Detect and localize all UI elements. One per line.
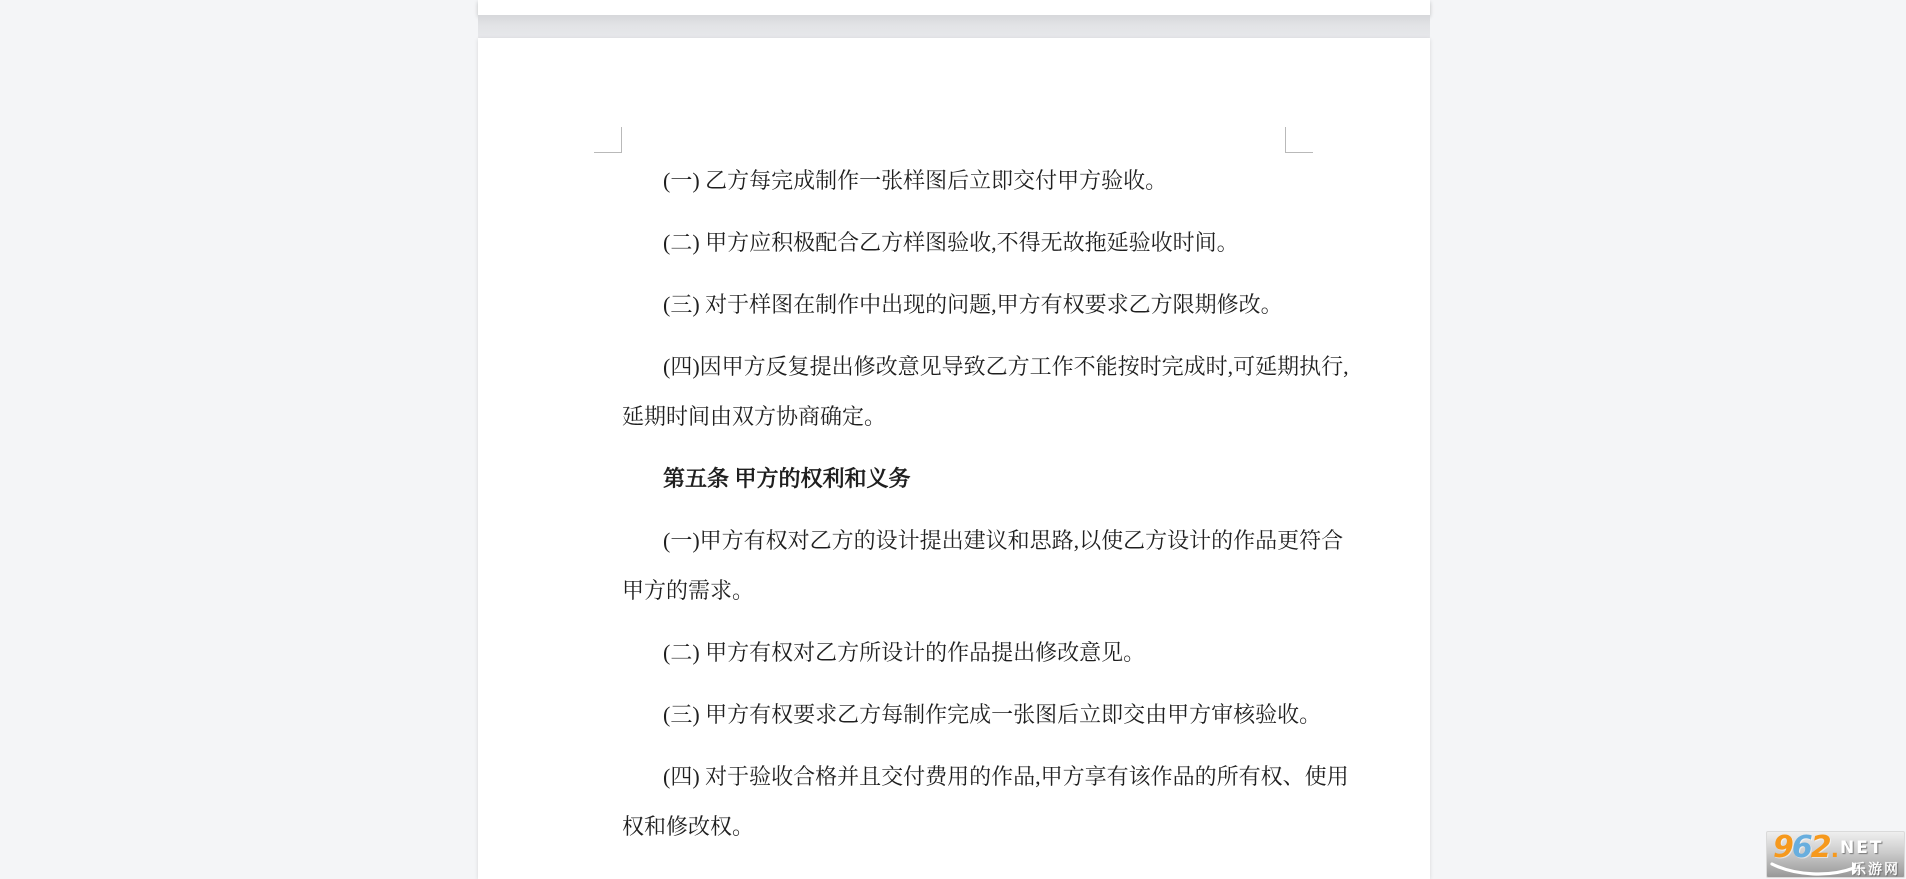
text-line: (一) 乙方每完成制作一张样图后立即交付甲方验收。 xyxy=(622,156,1290,206)
contract-paragraph: (一)甲方有权对乙方的设计提出建议和思路,以使乙方设计的作品更符合甲方的需求。 xyxy=(622,516,1290,616)
text-line: 延期时间由双方协商确定。 xyxy=(622,392,1290,442)
margin-corner-mark-left xyxy=(594,127,622,153)
text-line: 权和修改权。 xyxy=(622,802,1290,852)
text-line: (一)甲方有权对乙方的设计提出建议和思路,以使乙方设计的作品更符合 xyxy=(622,516,1290,566)
contract-paragraph: (一) 乙方每完成制作一张样图后立即交付甲方验收。 xyxy=(622,156,1290,206)
text-line: 第五条 甲方的权利和义务 xyxy=(622,454,1290,504)
text-line: (二) 甲方有权对乙方所设计的作品提出修改意见。 xyxy=(622,628,1290,678)
site-name-cn: 乐游网 xyxy=(1852,859,1900,878)
contract-paragraph: (二) 甲方应积极配合乙方样图验收,不得无故拖延验收时间。 xyxy=(622,218,1290,268)
watermark-net-label: NET xyxy=(1840,838,1883,858)
text-line: (四)因甲方反复提出修改意见导致乙方工作不能按时完成时,可延期执行, xyxy=(622,342,1290,392)
text-line: (四) 对于验收合格并且交付费用的作品,甲方享有该作品的所有权、使用 xyxy=(622,752,1290,802)
text-line: (二) 甲方应积极配合乙方样图验收,不得无故拖延验收时间。 xyxy=(622,218,1290,268)
watermark-digit-2: 2 xyxy=(1811,831,1830,865)
watermark-digit-9: 9 xyxy=(1773,831,1792,865)
page-column: (一) 乙方每完成制作一张样图后立即交付甲方验收。(二) 甲方应积极配合乙方样图… xyxy=(478,0,1430,879)
contract-paragraph: (四) 对于验收合格并且交付费用的作品,甲方享有该作品的所有权、使用权和修改权。 xyxy=(622,752,1290,852)
document-page[interactable]: (一) 乙方每完成制作一张样图后立即交付甲方验收。(二) 甲方应积极配合乙方样图… xyxy=(478,38,1430,879)
text-line: 甲方的需求。 xyxy=(622,566,1290,616)
margin-corner-mark-right xyxy=(1285,127,1313,153)
page-gap xyxy=(478,15,1430,38)
watermark-dot: . xyxy=(1831,838,1839,863)
watermark-digit-6: 6 xyxy=(1792,831,1811,865)
document-viewer: (一) 乙方每完成制作一张样图后立即交付甲方验收。(二) 甲方应积极配合乙方样图… xyxy=(0,0,1906,879)
text-line: (三) 对于样图在制作中出现的问题,甲方有权要求乙方限期修改。 xyxy=(622,280,1290,330)
contract-paragraph: (四)因甲方反复提出修改意见导致乙方工作不能按时完成时,可延期执行,延期时间由双… xyxy=(622,342,1290,442)
contract-paragraph: (二) 甲方有权对乙方所设计的作品提出修改意见。 xyxy=(622,628,1290,678)
previous-page-edge xyxy=(478,0,1430,15)
text-line: (三) 甲方有权要求乙方每制作完成一张图后立即交由甲方审核验收。 xyxy=(622,690,1290,740)
site-watermark-logo: 962.NET 乐游网 xyxy=(1766,831,1905,878)
contract-paragraph: (三) 甲方有权要求乙方每制作完成一张图后立即交由甲方审核验收。 xyxy=(622,690,1290,740)
document-text: (一) 乙方每完成制作一张样图后立即交付甲方验收。(二) 甲方应积极配合乙方样图… xyxy=(622,156,1290,864)
contract-paragraph: (三) 对于样图在制作中出现的问题,甲方有权要求乙方限期修改。 xyxy=(622,280,1290,330)
section-heading: 第五条 甲方的权利和义务 xyxy=(622,454,1290,504)
